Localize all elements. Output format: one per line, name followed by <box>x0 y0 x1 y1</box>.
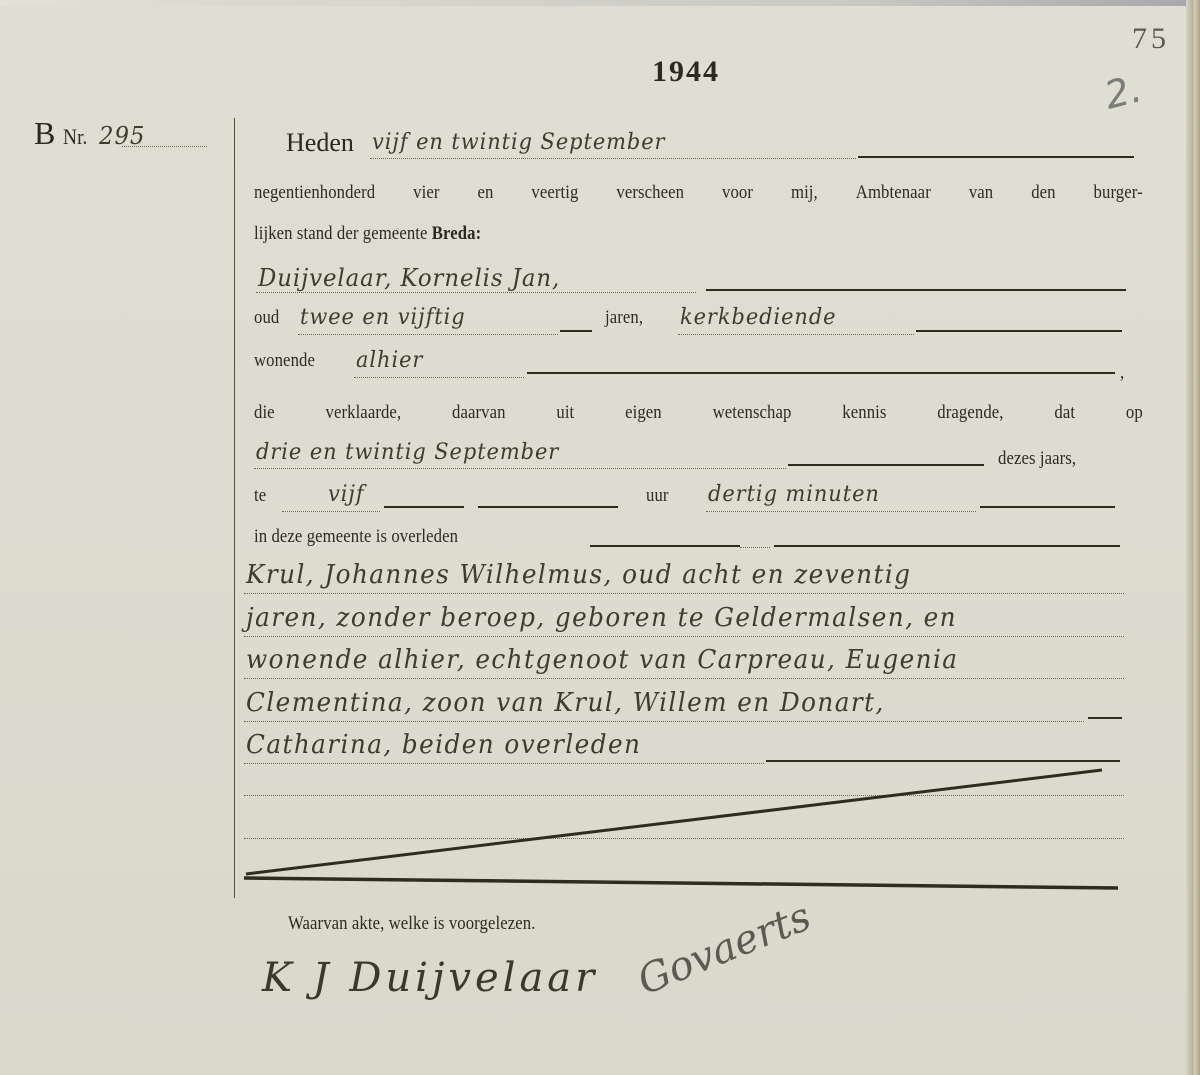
dotted-line <box>298 334 558 335</box>
printed-declaration: die verklaarde, daarvan uit eigen wetens… <box>254 402 1143 424</box>
word: van <box>969 182 993 204</box>
page-binding-edge <box>1186 0 1200 1075</box>
fill-rule <box>774 545 1120 547</box>
jaren-label: jaren, <box>605 307 643 329</box>
declarant-occupation: kerkbediende <box>680 305 836 330</box>
fill-rule <box>916 330 1122 332</box>
word: verklaarde, <box>326 402 402 424</box>
declarant-age: twee en vijftig <box>300 305 466 330</box>
stand-text: lijken stand der gemeente <box>254 223 428 244</box>
fill-rule <box>858 156 1134 158</box>
death-minutes: dertig minuten <box>708 482 880 507</box>
word: en <box>477 182 493 204</box>
register-year: 1944 <box>652 55 720 89</box>
deceased-line-1: Krul, Johannes Wilhelmus, oud acht en ze… <box>246 560 911 590</box>
page-number: 75 <box>1132 22 1170 56</box>
word: kennis <box>842 402 886 424</box>
deceased-line-2: jaren, zonder beroep, geboren te Gelderm… <box>246 603 957 633</box>
word: Ambtenaar <box>856 182 931 204</box>
word: voor <box>722 182 753 204</box>
date-written: vijf en twintig September <box>372 130 666 155</box>
margin-rule <box>234 118 235 898</box>
fill-rule <box>384 506 464 508</box>
dotted-line <box>678 334 914 335</box>
word: mij, <box>791 182 818 204</box>
dotted-line <box>354 377 524 378</box>
register-letter: B <box>34 115 55 151</box>
fill-rule <box>1088 717 1122 719</box>
word: daarvan <box>452 402 506 424</box>
closing-statement: Waarvan akte, welke is voorgelezen. <box>288 913 535 935</box>
death-hour: vijf <box>328 482 365 507</box>
dotted-line <box>244 678 1124 679</box>
uur-label: uur <box>646 485 669 507</box>
register-nr-label: Nr. <box>63 124 87 150</box>
fill-rule <box>706 289 1126 291</box>
printed-line-3: lijken stand der gemeente Breda: <box>254 223 481 245</box>
death-date: drie en twintig September <box>256 440 559 465</box>
word: den <box>1031 182 1055 204</box>
dotted-line <box>282 511 380 512</box>
dotted-line <box>244 593 1124 594</box>
register-page <box>0 6 1194 1075</box>
dotted-line <box>244 721 1084 722</box>
fill-rule <box>980 506 1115 508</box>
word: burger- <box>1094 182 1143 204</box>
municipality: Breda: <box>432 223 481 244</box>
word: dragende, <box>937 402 1003 424</box>
dotted-line <box>740 547 770 548</box>
word: wetenschap <box>713 402 792 424</box>
dotted-line <box>256 292 696 293</box>
word: dat <box>1054 402 1075 424</box>
declarant-residence: alhier <box>356 348 423 373</box>
deceased-line-3: wonende alhier, echtgenoot van Carpreau,… <box>246 645 958 675</box>
closing-strike-lines <box>236 760 1136 890</box>
heden-text: Heden <box>286 128 354 157</box>
deceased-line-4: Clementina, zoon van Krul, Willem en Don… <box>246 688 885 718</box>
fill-rule <box>590 545 740 547</box>
te-label: te <box>254 485 266 507</box>
word: verscheen <box>616 182 684 204</box>
word: die <box>254 402 275 424</box>
printed-line-2: negentienhonderd vier en veertig versche… <box>254 182 1143 204</box>
word: negentienhonderd <box>254 182 375 204</box>
word: uit <box>556 402 574 424</box>
word: vier <box>413 182 439 204</box>
dotted-line <box>244 636 1124 637</box>
word: op <box>1126 402 1143 424</box>
declarant-name: Duijvelaar, Kornelis Jan, <box>258 264 560 292</box>
dezes-jaars-label: dezes jaars, <box>998 448 1076 470</box>
dotted-line <box>706 511 976 512</box>
fill-rule <box>560 330 592 332</box>
word: veertig <box>531 182 578 204</box>
dotted-line <box>122 146 207 147</box>
overleden-label: in deze gemeente is overleden <box>254 526 458 548</box>
word: eigen <box>625 402 662 424</box>
heden-label: Heden <box>286 128 354 158</box>
dotted-line <box>254 468 786 469</box>
oud-label: oud <box>254 307 279 329</box>
dotted-line <box>370 158 856 159</box>
deceased-line-5: Catharina, beiden overleden <box>246 730 641 760</box>
fill-rule <box>527 372 1115 374</box>
fill-rule <box>478 506 618 508</box>
comma: , <box>1120 362 1124 384</box>
wonende-label: wonende <box>254 350 315 372</box>
fill-rule <box>788 464 984 466</box>
declarant-signature: K J Duijvelaar <box>262 955 598 1001</box>
